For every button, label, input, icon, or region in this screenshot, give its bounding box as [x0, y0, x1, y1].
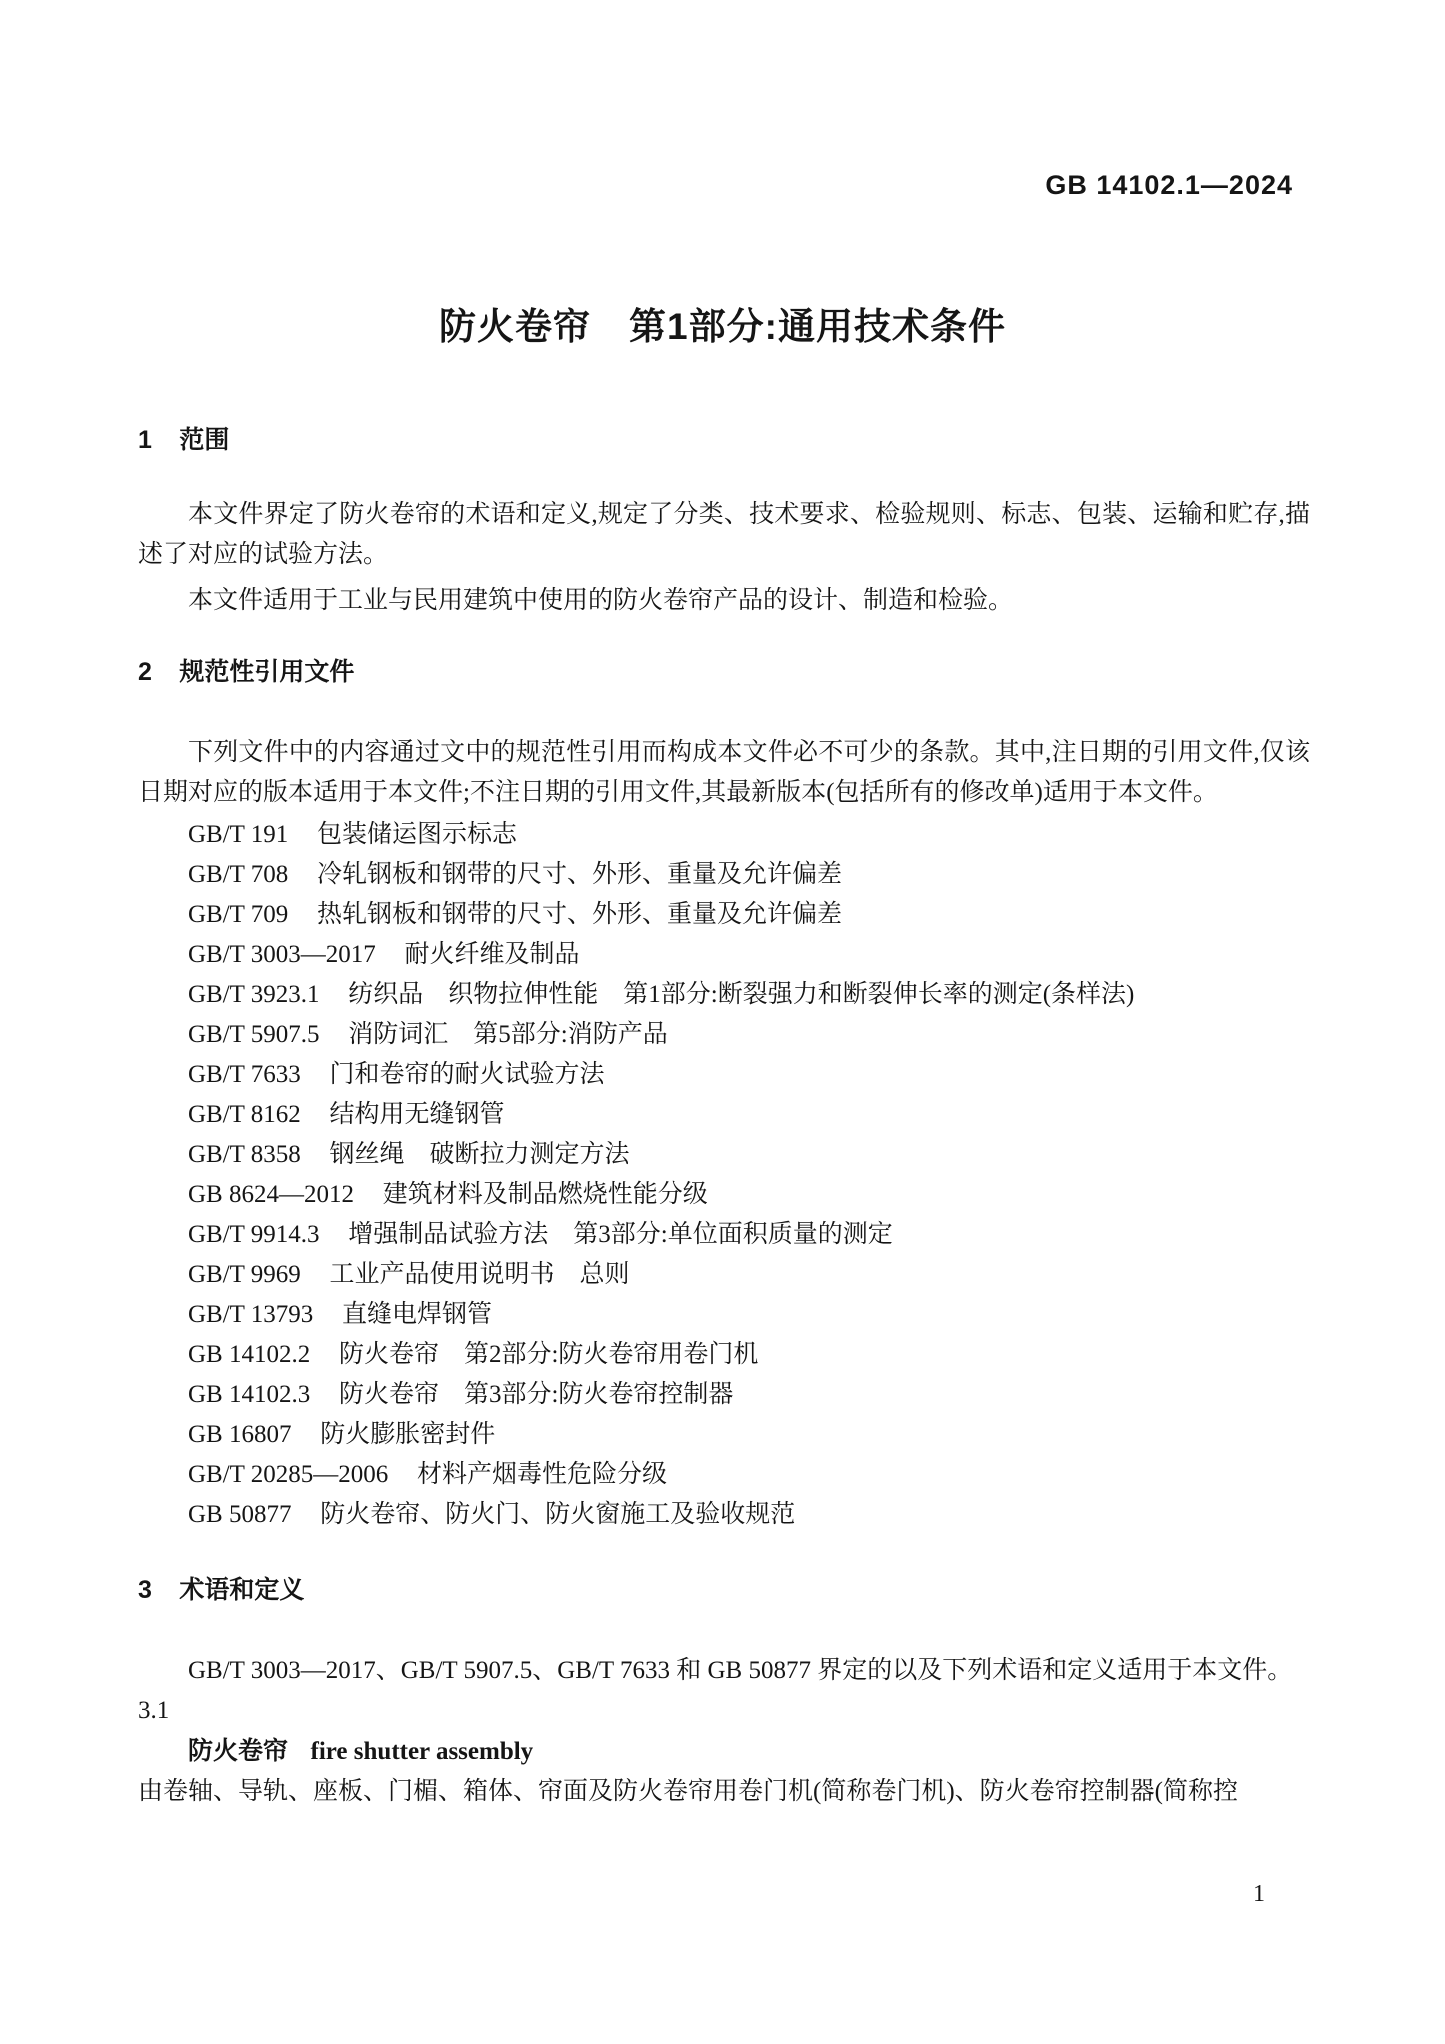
section-3-heading: 3术语和定义 — [138, 1575, 1310, 1605]
reference-title: 门和卷帘的耐火试验方法 — [330, 1061, 605, 1088]
reference-item: GB 14102.2防火卷帘 第2部分:防火卷帘用卷门机 — [138, 1335, 1310, 1375]
reference-item: GB 50877防火卷帘、防火门、防火窗施工及验收规范 — [138, 1495, 1310, 1535]
reference-item: GB/T 8162结构用无缝钢管 — [138, 1095, 1310, 1135]
reference-title: 消防词汇 第5部分:消防产品 — [348, 1021, 667, 1048]
reference-code: GB/T 8358 — [188, 1141, 301, 1168]
reference-item: GB/T 9969工业产品使用说明书 总则 — [138, 1255, 1310, 1295]
section-2-heading: 2规范性引用文件 — [138, 657, 1310, 687]
reference-title: 耐火纤维及制品 — [405, 941, 580, 968]
scope-paragraph-2: 本文件适用于工业与民用建筑中使用的防火卷帘产品的设计、制造和检验。 — [138, 581, 1310, 621]
reference-item: GB 8624—2012建筑材料及制品燃烧性能分级 — [138, 1175, 1310, 1215]
reference-title: 增强制品试验方法 第3部分:单位面积质量的测定 — [348, 1221, 892, 1248]
reference-title: 防火卷帘 第3部分:防火卷帘控制器 — [339, 1381, 733, 1408]
reference-title: 防火膨胀密封件 — [320, 1421, 495, 1448]
reference-code: GB/T 9914.3 — [188, 1221, 320, 1248]
terms-intro-paragraph: GB/T 3003—2017、GB/T 5907.5、GB/T 7633 和 G… — [138, 1651, 1310, 1691]
reference-title: 材料产烟毒性危险分级 — [417, 1461, 667, 1488]
document-title: 防火卷帘 第1部分:通用技术条件 — [0, 296, 1445, 350]
term-definition: 由卷轴、导轨、座板、门楣、箱体、帘面及防火卷帘用卷门机(简称卷门机)、防火卷帘控… — [138, 1772, 1310, 1812]
reference-code: GB/T 20285—2006 — [188, 1461, 388, 1488]
reference-title: 结构用无缝钢管 — [330, 1101, 505, 1128]
reference-code: GB/T 9969 — [188, 1261, 301, 1288]
reference-title: 纺织品 织物拉伸性能 第1部分:断裂强力和断裂伸长率的测定(条样法) — [348, 981, 1134, 1008]
term-english: fire shutter assembly — [311, 1738, 534, 1765]
reference-item: GB/T 8358钢丝绳 破断拉力测定方法 — [138, 1135, 1310, 1175]
document-body: 1范围 本文件界定了防火卷帘的术语和定义,规定了分类、技术要求、检验规则、标志、… — [138, 425, 1310, 1812]
reference-title: 钢丝绳 破断拉力测定方法 — [330, 1141, 630, 1168]
references-intro-paragraph: 下列文件中的内容通过文中的规范性引用而构成本文件必不可少的条款。其中,注日期的引… — [138, 733, 1310, 813]
reference-title: 包装储运图示标志 — [317, 821, 517, 848]
term-chinese: 防火卷帘 — [188, 1737, 288, 1765]
reference-code: GB/T 709 — [188, 901, 288, 928]
reference-item: GB/T 5907.5消防词汇 第5部分:消防产品 — [138, 1015, 1310, 1055]
section-2-number: 2 — [138, 658, 152, 686]
section-1-heading: 1范围 — [138, 425, 1310, 455]
reference-code: GB/T 708 — [188, 861, 288, 888]
reference-code: GB/T 3923.1 — [188, 981, 320, 1008]
reference-code: GB/T 5907.5 — [188, 1021, 320, 1048]
reference-item: GB/T 709热轧钢板和钢带的尺寸、外形、重量及允许偏差 — [138, 895, 1310, 935]
references-list: GB/T 191包装储运图示标志 GB/T 708冷轧钢板和钢带的尺寸、外形、重… — [138, 815, 1310, 1535]
reference-title: 冷轧钢板和钢带的尺寸、外形、重量及允许偏差 — [317, 861, 842, 888]
reference-item: GB/T 708冷轧钢板和钢带的尺寸、外形、重量及允许偏差 — [138, 855, 1310, 895]
scope-paragraph-1: 本文件界定了防火卷帘的术语和定义,规定了分类、技术要求、检验规则、标志、包装、运… — [138, 495, 1310, 575]
reference-item: GB/T 191包装储运图示标志 — [138, 815, 1310, 855]
reference-title: 建筑材料及制品燃烧性能分级 — [383, 1181, 708, 1208]
reference-item: GB/T 7633门和卷帘的耐火试验方法 — [138, 1055, 1310, 1095]
clause-number-3-1: 3.1 — [138, 1691, 1310, 1731]
reference-code: GB/T 191 — [188, 821, 288, 848]
reference-code: GB/T 7633 — [188, 1061, 301, 1088]
section-2-title: 规范性引用文件 — [179, 658, 354, 686]
reference-code: GB/T 13793 — [188, 1301, 313, 1328]
reference-code: GB 8624—2012 — [188, 1181, 354, 1208]
term-entry: 防火卷帘fire shutter assembly — [138, 1731, 1310, 1772]
reference-item: GB/T 3923.1纺织品 织物拉伸性能 第1部分:断裂强力和断裂伸长率的测定… — [138, 975, 1310, 1015]
reference-code: GB 14102.3 — [188, 1381, 310, 1408]
reference-item: GB/T 13793直缝电焊钢管 — [138, 1295, 1310, 1335]
reference-title: 防火卷帘、防火门、防火窗施工及验收规范 — [320, 1501, 795, 1528]
reference-title: 工业产品使用说明书 总则 — [330, 1261, 630, 1288]
reference-code: GB 14102.2 — [188, 1341, 310, 1368]
reference-code: GB 50877 — [188, 1501, 291, 1528]
section-3-title: 术语和定义 — [179, 1576, 304, 1604]
section-1-number: 1 — [138, 426, 152, 454]
reference-item: GB/T 20285—2006材料产烟毒性危险分级 — [138, 1455, 1310, 1495]
reference-title: 直缝电焊钢管 — [342, 1301, 492, 1328]
reference-title: 防火卷帘 第2部分:防火卷帘用卷门机 — [339, 1341, 758, 1368]
reference-code: GB/T 3003—2017 — [188, 941, 376, 968]
reference-item: GB 14102.3防火卷帘 第3部分:防火卷帘控制器 — [138, 1375, 1310, 1415]
reference-title: 热轧钢板和钢带的尺寸、外形、重量及允许偏差 — [317, 901, 842, 928]
reference-code: GB/T 8162 — [188, 1101, 301, 1128]
standard-number-header: GB 14102.1—2024 — [1045, 170, 1293, 201]
reference-item: GB/T 3003—2017耐火纤维及制品 — [138, 935, 1310, 975]
section-1-title: 范围 — [179, 426, 229, 454]
section-3-number: 3 — [138, 1576, 152, 1604]
document-page: GB 14102.1—2024 防火卷帘 第1部分:通用技术条件 1范围 本文件… — [0, 0, 1445, 2044]
page-number: 1 — [1253, 1882, 1265, 1906]
reference-code: GB 16807 — [188, 1421, 291, 1448]
reference-item: GB 16807防火膨胀密封件 — [138, 1415, 1310, 1455]
reference-item: GB/T 9914.3增强制品试验方法 第3部分:单位面积质量的测定 — [138, 1215, 1310, 1255]
